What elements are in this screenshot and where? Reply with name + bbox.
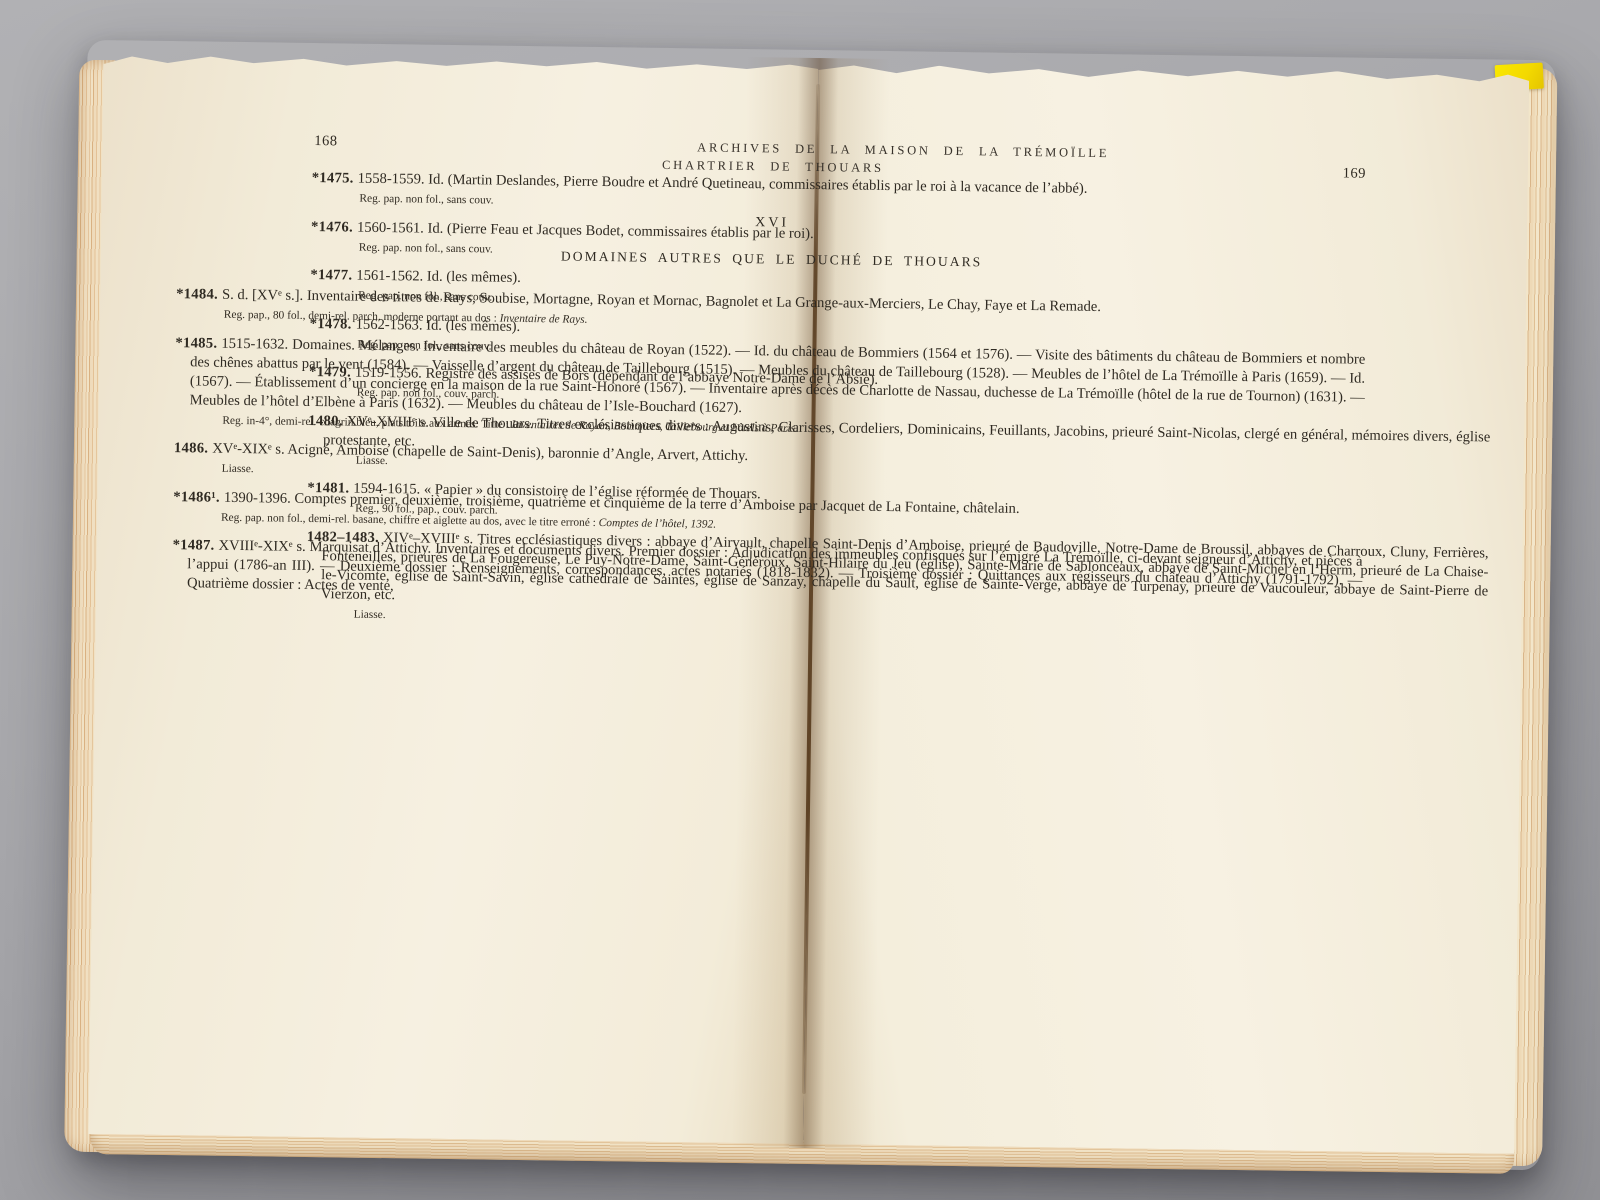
entry-note-plain: Liasse. — [222, 463, 254, 475]
entry-number: *1487. — [173, 537, 219, 554]
page-number-right: 169 — [1343, 165, 1366, 182]
entry-body: 1515-1632. Domaines. Mélanges. Inventair… — [190, 335, 1366, 415]
entry-number: *1485. — [175, 335, 221, 352]
entry-body: XVIIIᵉ-XIXᵉ s. Marquisat d’Attichy. Inve… — [187, 538, 1363, 594]
section-title: DOMAINES AUTRES QUE LE DUCHÉ DE THOUARS — [177, 243, 1367, 276]
entry-number: 1486. — [174, 440, 213, 457]
photo-background: 168 ARCHIVES DE LA MAISON DE LA TRÉMOÏLL… — [0, 0, 1600, 1200]
open-book: 168 ARCHIVES DE LA MAISON DE LA TRÉMOÏLL… — [64, 14, 1558, 1175]
entry-note-title: Inventaire de Rays. — [500, 313, 588, 326]
entry-note-plain: Reg. pap. non fol., demi-rel. basane, ch… — [221, 511, 599, 528]
entry-note-title: Comptes de l’hôtel, 1392. — [599, 517, 717, 531]
entries-right: *1484.S. d. [XVᵉ s.]. Inventaire des tit… — [172, 285, 1366, 610]
page-right-text-block: CHARTRIER DE THOUARS 169 XVI DOMAINES AU… — [172, 151, 1368, 612]
entry-number: *1484. — [176, 286, 222, 303]
catalog-entry-1484: *1484.S. d. [XVᵉ s.]. Inventaire des tit… — [176, 285, 1366, 338]
catalog-entry-1486: 1486.XVᵉ-XIXᵉ s. Acigné, Amboise (chapel… — [174, 439, 1364, 492]
catalog-entry-1486-1: *1486¹.1390-1396. Comptes premier, deuxi… — [173, 488, 1363, 541]
section-number: XVI — [177, 207, 1367, 240]
entry-note-plain: Reg. in-4°, demi-rel. chagrin bleu, plat… — [222, 414, 511, 430]
entry-note-title: Inventaires de Royan, Bommiers, Taillebo… — [512, 418, 798, 434]
entry-note-plain: Reg. pap., 80 fol., demi-rel. parch. mod… — [224, 309, 500, 325]
entry-number: *1486¹. — [173, 489, 224, 506]
entry-body: XVᵉ-XIXᵉ s. Acigné, Amboise (chapelle de… — [212, 441, 748, 464]
catalog-entry-1485: *1485.1515-1632. Domaines. Mélanges. Inv… — [174, 334, 1365, 444]
